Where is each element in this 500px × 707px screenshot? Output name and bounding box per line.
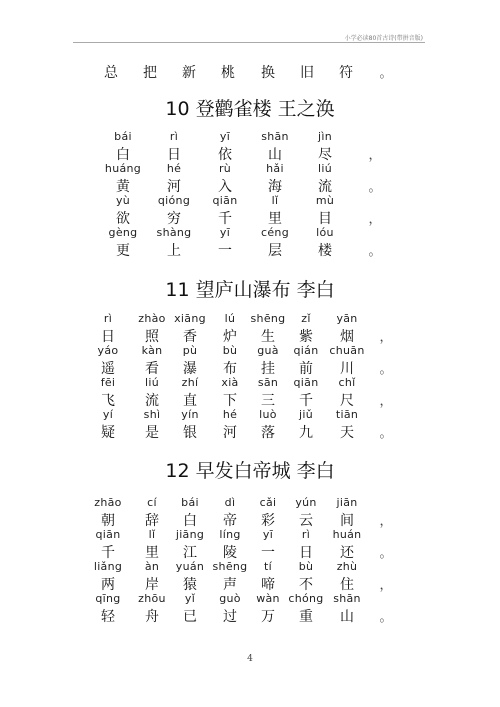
prev-poem-tail-line: 总 把 新 桃 换 旧 符 。 — [0, 62, 500, 80]
hanzi: 日 — [167, 144, 181, 164]
pinyin: zhù — [337, 560, 358, 573]
hanzi: 彩 — [261, 510, 275, 530]
page-header-text: 小学必读80首古诗(带拼音版) — [345, 33, 423, 42]
punctuation: ， — [379, 326, 392, 345]
hanzi: 尽 — [318, 144, 332, 164]
hanzi: 声 — [223, 574, 237, 594]
hanzi: 两 — [101, 574, 115, 594]
pinyin: yān — [336, 312, 357, 325]
pinyin: qiān — [96, 528, 121, 541]
pinyin: shān — [333, 592, 361, 605]
hanzi: 不 — [299, 574, 313, 594]
pinyin: liú — [145, 376, 159, 389]
pinyin: xiāng — [174, 312, 206, 325]
pinyin: fēi — [101, 376, 116, 389]
pinyin: mù — [316, 194, 334, 207]
hanzi: 朝 — [101, 510, 115, 530]
pinyin: zhōu — [138, 592, 166, 605]
hanzi: 香 — [183, 326, 197, 346]
pinyin: qián — [294, 344, 319, 357]
hanzi: 黄 — [116, 176, 130, 196]
pinyin: yǐ — [185, 592, 195, 605]
hanzi: 万 — [261, 606, 275, 626]
hanzi: 更 — [116, 240, 130, 260]
pinyin: qīng — [95, 592, 120, 605]
pinyin: jiǔ — [299, 408, 313, 421]
pinyin: chuān — [329, 344, 364, 357]
pinyin: shàng — [157, 226, 192, 239]
pinyin: yī — [220, 130, 230, 143]
hanzi: 千 — [299, 390, 313, 410]
pinyin: yún — [295, 496, 316, 509]
hanzi-line: 千里江陵一日还。 — [0, 542, 500, 560]
hanzi: 啼 — [261, 574, 275, 594]
hanzi: 布 — [223, 358, 237, 378]
pinyin: qiān — [213, 194, 238, 207]
hanzi: 三 — [261, 390, 275, 410]
hanzi: 目 — [318, 208, 332, 228]
pinyin: rì — [302, 528, 310, 541]
pinyin: yuán — [176, 560, 204, 573]
pinyin: gèng — [109, 226, 138, 239]
hanzi-line: 遥看瀑布挂前川。 — [0, 358, 500, 376]
pinyin: shì — [144, 408, 161, 421]
pinyin: shān — [261, 130, 289, 143]
hanzi: 过 — [223, 606, 237, 626]
pinyin: lǐ — [149, 528, 156, 541]
hanzi-line: 日照香炉生紫烟， — [0, 326, 500, 344]
hanzi: 江 — [183, 542, 197, 562]
hanzi: 河 — [223, 422, 237, 442]
hanzi: 把 — [143, 62, 157, 82]
pinyin: shēng — [213, 560, 248, 573]
hanzi: 猿 — [183, 574, 197, 594]
hanzi: 一 — [218, 240, 232, 260]
pinyin: jìn — [318, 130, 332, 143]
hanzi: 楼 — [318, 240, 332, 260]
pinyin: guò — [219, 592, 241, 605]
pinyin: yí — [103, 408, 113, 421]
hanzi: 重 — [299, 606, 313, 626]
hanzi: 岸 — [145, 574, 159, 594]
pinyin: hé — [223, 408, 237, 421]
hanzi: 已 — [183, 606, 197, 626]
hanzi: 烟 — [340, 326, 354, 346]
pinyin: zhào — [138, 312, 165, 325]
pinyin: dì — [225, 496, 236, 509]
poem-title: 10 登鹳雀楼 王之涣 — [0, 94, 500, 121]
pinyin: yáo — [98, 344, 119, 357]
hanzi: 旧 — [300, 62, 314, 82]
hanzi: 看 — [145, 358, 159, 378]
hanzi: 照 — [145, 326, 159, 346]
hanzi: 层 — [268, 240, 282, 260]
hanzi: 白 — [183, 510, 197, 530]
pinyin: jiān — [336, 496, 357, 509]
punctuation: 。 — [379, 422, 392, 441]
pinyin: àn — [145, 560, 159, 573]
hanzi-line: 两岸猿声啼不住， — [0, 574, 500, 592]
hanzi: 辞 — [145, 510, 159, 530]
pinyin: rì — [104, 312, 112, 325]
pinyin: rù — [219, 162, 231, 175]
hanzi: 流 — [145, 390, 159, 410]
pinyin: hé — [167, 162, 181, 175]
poem-title: 12 早发白帝城 李白 — [0, 456, 500, 483]
punctuation: 。 — [379, 62, 392, 81]
hanzi: 日 — [101, 326, 115, 346]
hanzi-line: 欲穷千里目， — [0, 208, 500, 226]
hanzi: 下 — [223, 390, 237, 410]
pinyin: qiān — [294, 376, 319, 389]
pinyin: guà — [257, 344, 279, 357]
hanzi: 炉 — [223, 326, 237, 346]
hanzi: 舟 — [145, 606, 159, 626]
hanzi: 九 — [299, 422, 313, 442]
hanzi: 上 — [167, 240, 181, 260]
pinyin: kàn — [142, 344, 163, 357]
hanzi: 天 — [340, 422, 354, 442]
pinyin: hǎi — [266, 162, 284, 175]
hanzi: 生 — [261, 326, 275, 346]
punctuation: ， — [379, 510, 392, 529]
hanzi-line: 黄河入海流。 — [0, 176, 500, 194]
pinyin: lǐ — [272, 194, 279, 207]
pinyin: zhí — [182, 376, 199, 389]
hanzi: 住 — [340, 574, 354, 594]
hanzi: 前 — [299, 358, 313, 378]
hanzi: 千 — [218, 208, 232, 228]
hanzi: 直 — [183, 390, 197, 410]
pinyin: líng — [219, 528, 240, 541]
hanzi: 紫 — [299, 326, 313, 346]
punctuation: 。 — [379, 606, 392, 625]
hanzi-line: 疑是银河落九天。 — [0, 422, 500, 440]
pinyin: sān — [258, 376, 278, 389]
pinyin: yù — [116, 194, 130, 207]
hanzi-line: 更上一层楼。 — [0, 240, 500, 258]
hanzi: 间 — [340, 510, 354, 530]
pinyin: jiāng — [176, 528, 204, 541]
hanzi: 河 — [167, 176, 181, 196]
pinyin: luò — [259, 408, 277, 421]
hanzi: 瀑 — [183, 358, 197, 378]
hanzi: 入 — [218, 176, 232, 196]
hanzi: 还 — [340, 542, 354, 562]
hanzi: 一 — [261, 542, 275, 562]
hanzi: 流 — [318, 176, 332, 196]
pinyin: chóng — [288, 592, 323, 605]
hanzi: 轻 — [101, 606, 115, 626]
hanzi: 挂 — [261, 358, 275, 378]
pinyin: tí — [264, 560, 272, 573]
hanzi: 依 — [218, 144, 232, 164]
hanzi: 白 — [116, 144, 130, 164]
hanzi: 帝 — [223, 510, 237, 530]
header-rule — [73, 42, 425, 43]
hanzi: 总 — [104, 62, 118, 82]
page-number: 4 — [0, 654, 500, 664]
punctuation: 。 — [368, 240, 381, 259]
hanzi: 遥 — [101, 358, 115, 378]
pinyin: bù — [299, 560, 314, 573]
pinyin: shēng — [251, 312, 286, 325]
pinyin: chǐ — [339, 376, 356, 389]
pinyin: cǎi — [260, 496, 277, 509]
hanzi: 飞 — [101, 390, 115, 410]
punctuation: ， — [379, 574, 392, 593]
hanzi-line: 轻舟已过万重山。 — [0, 606, 500, 624]
punctuation: ， — [379, 390, 392, 409]
hanzi-line: 白日依山尽， — [0, 144, 500, 162]
hanzi: 桃 — [221, 62, 235, 82]
punctuation: 。 — [368, 176, 381, 195]
punctuation: ， — [368, 208, 381, 227]
hanzi: 日 — [299, 542, 313, 562]
pinyin: liú — [318, 162, 332, 175]
hanzi: 欲 — [116, 208, 130, 228]
pinyin: lú — [225, 312, 236, 325]
pinyin: tiān — [336, 408, 358, 421]
hanzi: 疑 — [101, 422, 115, 442]
pinyin: huáng — [105, 162, 141, 175]
hanzi: 符 — [339, 62, 353, 82]
pinyin: wàn — [256, 592, 280, 605]
hanzi: 银 — [183, 422, 197, 442]
pinyin: liǎng — [94, 560, 122, 573]
hanzi: 千 — [101, 542, 115, 562]
pinyin: rì — [170, 130, 178, 143]
pinyin: qióng — [158, 194, 190, 207]
punctuation: ， — [368, 144, 381, 163]
hanzi: 是 — [145, 422, 159, 442]
hanzi: 陵 — [223, 542, 237, 562]
hanzi: 川 — [340, 358, 354, 378]
pinyin: zhāo — [94, 496, 121, 509]
pinyin: céng — [261, 226, 289, 239]
punctuation: 。 — [379, 358, 392, 377]
poem-title: 11 望庐山瀑布 李白 — [0, 275, 500, 302]
hanzi: 山 — [268, 144, 282, 164]
hanzi: 山 — [340, 606, 354, 626]
pinyin: yī — [263, 528, 273, 541]
hanzi: 尺 — [340, 390, 354, 410]
pinyin: bái — [114, 130, 132, 143]
hanzi: 落 — [261, 422, 275, 442]
hanzi: 海 — [268, 176, 282, 196]
punctuation: 。 — [379, 542, 392, 561]
pinyin: pù — [183, 344, 198, 357]
pinyin: lóu — [316, 226, 334, 239]
pinyin: zǐ — [301, 312, 310, 325]
pinyin: cí — [147, 496, 157, 509]
pinyin: bù — [223, 344, 238, 357]
hanzi: 里 — [268, 208, 282, 228]
hanzi: 云 — [299, 510, 313, 530]
pinyin: bái — [181, 496, 199, 509]
pinyin: yín — [181, 408, 198, 421]
hanzi: 换 — [261, 62, 275, 82]
pinyin: yī — [220, 226, 230, 239]
hanzi: 新 — [182, 62, 196, 82]
hanzi-line: 飞流直下三千尺， — [0, 390, 500, 408]
hanzi-line: 朝辞白帝彩云间， — [0, 510, 500, 528]
pinyin: huán — [333, 528, 362, 541]
hanzi: 穷 — [167, 208, 181, 228]
hanzi: 里 — [145, 542, 159, 562]
pinyin: xià — [221, 376, 238, 389]
